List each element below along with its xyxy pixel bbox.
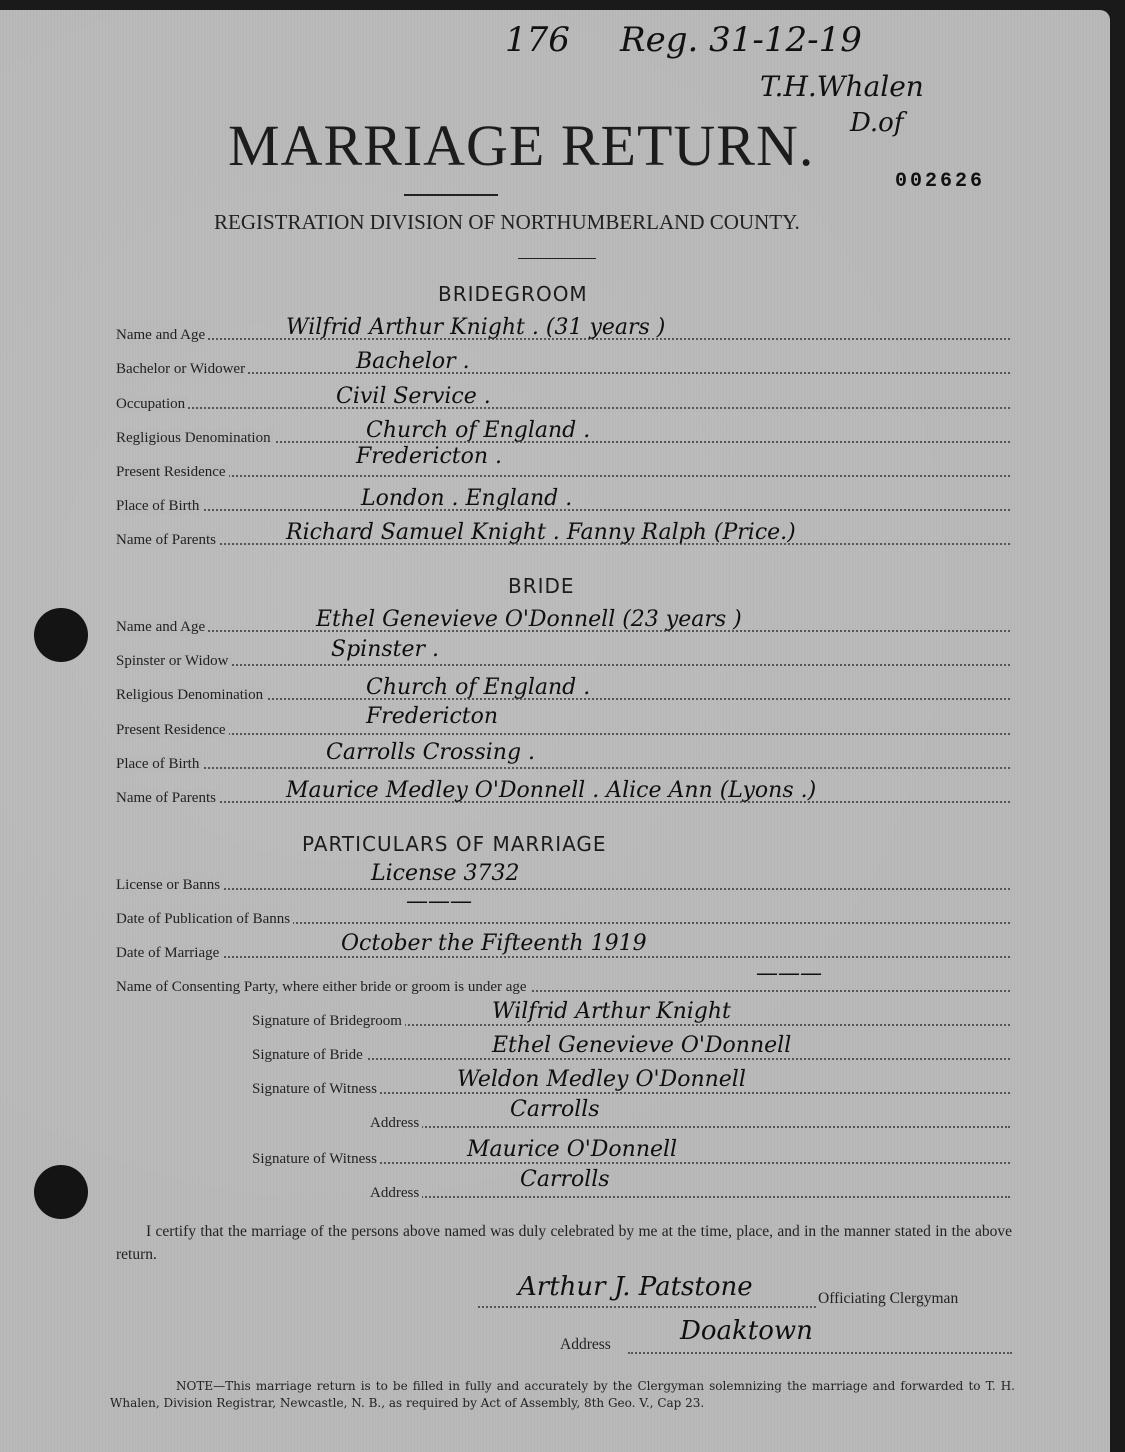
annotation-initials: D.of [850,108,903,138]
title-rule [404,194,498,196]
groom-birthplace-value: London . England . [361,486,572,511]
field-label: Present Residence [116,464,229,480]
field-label: Place of Birth [116,756,202,772]
bride-birthplace-value: Carrolls Crossing . [326,740,535,765]
field-label: Regligious Denomination [116,430,274,446]
field-label: Date of Publication of Banns [116,911,293,927]
footer-note: NOTE—This marriage return is to be fille… [110,1378,1015,1412]
field-row-consenting-party: Name of Consenting Party, where either b… [116,974,1010,998]
divider-rule [518,258,596,259]
field-label: Name and Age [116,619,208,635]
bride-name-age-value: Ethel Genevieve O'Donnell (23 years ) [316,607,742,632]
field-label: Name of Consenting Party, where either b… [116,979,530,995]
groom-denomination-value: Church of England . [366,418,590,443]
groom-residence-value: Fredericton . [356,444,502,469]
field-row-marriage-date: Date of Marriage October the Fifteenth 1… [116,940,1010,964]
annotation-registration-date: Reg. 31-12-19 [620,20,862,60]
field-label: Name of Parents [116,532,219,548]
field-label: Signature of Witness [252,1081,380,1097]
registration-division: REGISTRATION DIVISION OF NORTHUMBERLAND … [214,210,800,235]
field-row-groom-residence: Present Residence Fredericton . [116,459,1010,483]
field-row-groom-parents: Name of Parents Richard Samuel Knight . … [116,527,1010,551]
marriage-return-document: 176 Reg. 31-12-19 T.H.Whalen D.of MARRIA… [0,10,1110,1452]
field-label: Place of Birth [116,498,202,514]
field-row-bride-parents: Name of Parents Maurice Medley O'Donnell… [116,785,1010,809]
field-label: License or Banns [116,877,223,893]
field-label: Address [370,1185,422,1201]
field-label: Name of Parents [116,790,219,806]
groom-parents-value: Richard Samuel Knight . Fanny Ralph (Pri… [286,520,796,545]
clergyman-signature-line [478,1306,816,1308]
certification-text: I certify that the marriage of the perso… [116,1220,1012,1266]
field-row-bride-denomination: Religious Denomination Church of England… [116,682,1010,706]
bridegroom-signature: Wilfrid Arthur Knight [492,999,731,1024]
bride-signature: Ethel Genevieve O'Donnell [492,1033,791,1058]
field-row-groom-status: Bachelor or Widower Bachelor . [116,356,1010,380]
banns-date-value: ——— [406,889,472,914]
groom-occupation-value: Civil Service . [336,384,491,409]
field-label: Signature of Witness [252,1151,380,1167]
field-row-bride-status: Spinster or Widow Spinster . [116,648,1010,672]
serial-number: 002626 [895,170,985,193]
witness-2-signature: Maurice O'Donnell [467,1137,677,1162]
field-row-witness-2-address: Address Carrolls [370,1180,1010,1204]
field-row-witness-1-address: Address Carrolls [370,1110,1010,1134]
field-label: Present Residence [116,722,229,738]
section-heading-particulars: PARTICULARS OF MARRIAGE [302,832,607,856]
clergyman-label: Officiating Clergyman [818,1290,958,1308]
field-row-license-banns: License or Banns License 3732 [116,872,1010,896]
field-row-signature-bridegroom: Signature of Bridegroom Wilfrid Arthur K… [252,1008,1010,1032]
field-label: Bachelor or Widower [116,361,248,377]
annotation-number: 176 [505,20,570,60]
witness-1-address-value: Carrolls [510,1097,600,1122]
license-value: License 3732 [371,861,519,886]
bride-denomination-value: Church of England . [366,675,590,700]
field-label: Occupation [116,396,188,412]
punch-hole [34,608,88,662]
section-heading-bridegroom: BRIDEGROOM [438,282,588,306]
field-label: Religious Denomination [116,687,266,703]
field-row-signature-witness-1: Signature of Witness Weldon Medley O'Don… [252,1076,1010,1100]
field-label: Spinster or Widow [116,653,231,669]
field-label: Signature of Bridegroom [252,1013,405,1029]
marriage-date-value: October the Fifteenth 1919 [341,931,647,956]
field-row-signature-bride: Signature of Bride Ethel Genevieve O'Don… [252,1042,1010,1066]
field-label: Address [370,1115,422,1131]
bride-status-value: Spinster . [331,637,439,662]
field-row-groom-denomination: Regligious Denomination Church of Englan… [116,425,1010,449]
field-row-bride-residence: Present Residence Fredericton [116,717,1010,741]
field-label: Signature of Bride [252,1047,366,1063]
clergyman-address-label: Address [560,1336,611,1354]
field-row-banns-publication-date: Date of Publication of Banns ——— [116,906,1010,930]
field-label: Date of Marriage [116,945,222,961]
section-heading-bride: BRIDE [508,574,575,598]
punch-hole [34,1165,88,1219]
field-row-signature-witness-2: Signature of Witness Maurice O'Donnell [252,1146,1010,1170]
field-row-groom-name-age: Name and Age Wilfrid Arthur Knight . (31… [116,322,1010,346]
field-row-bride-name-age: Name and Age Ethel Genevieve O'Donnell (… [116,614,1010,638]
field-row-groom-occupation: Occupation Civil Service . [116,391,1010,415]
witness-2-address-value: Carrolls [520,1167,610,1192]
groom-name-age-value: Wilfrid Arthur Knight . (31 years ) [286,315,665,340]
bride-residence-value: Fredericton [366,704,498,729]
field-row-bride-birthplace: Place of Birth Carrolls Crossing . [116,751,1010,775]
groom-status-value: Bachelor . [356,349,470,374]
annotation-registrar-signature: T.H.Whalen [760,70,924,103]
field-row-groom-birthplace: Place of Birth London . England . [116,493,1010,517]
bride-parents-value: Maurice Medley O'Donnell . Alice Ann (Ly… [286,778,816,803]
page-title: MARRIAGE RETURN. [228,112,814,179]
witness-1-signature: Weldon Medley O'Donnell [457,1067,746,1092]
consenting-party-value: ——— [756,961,822,986]
field-label: Name and Age [116,327,208,343]
